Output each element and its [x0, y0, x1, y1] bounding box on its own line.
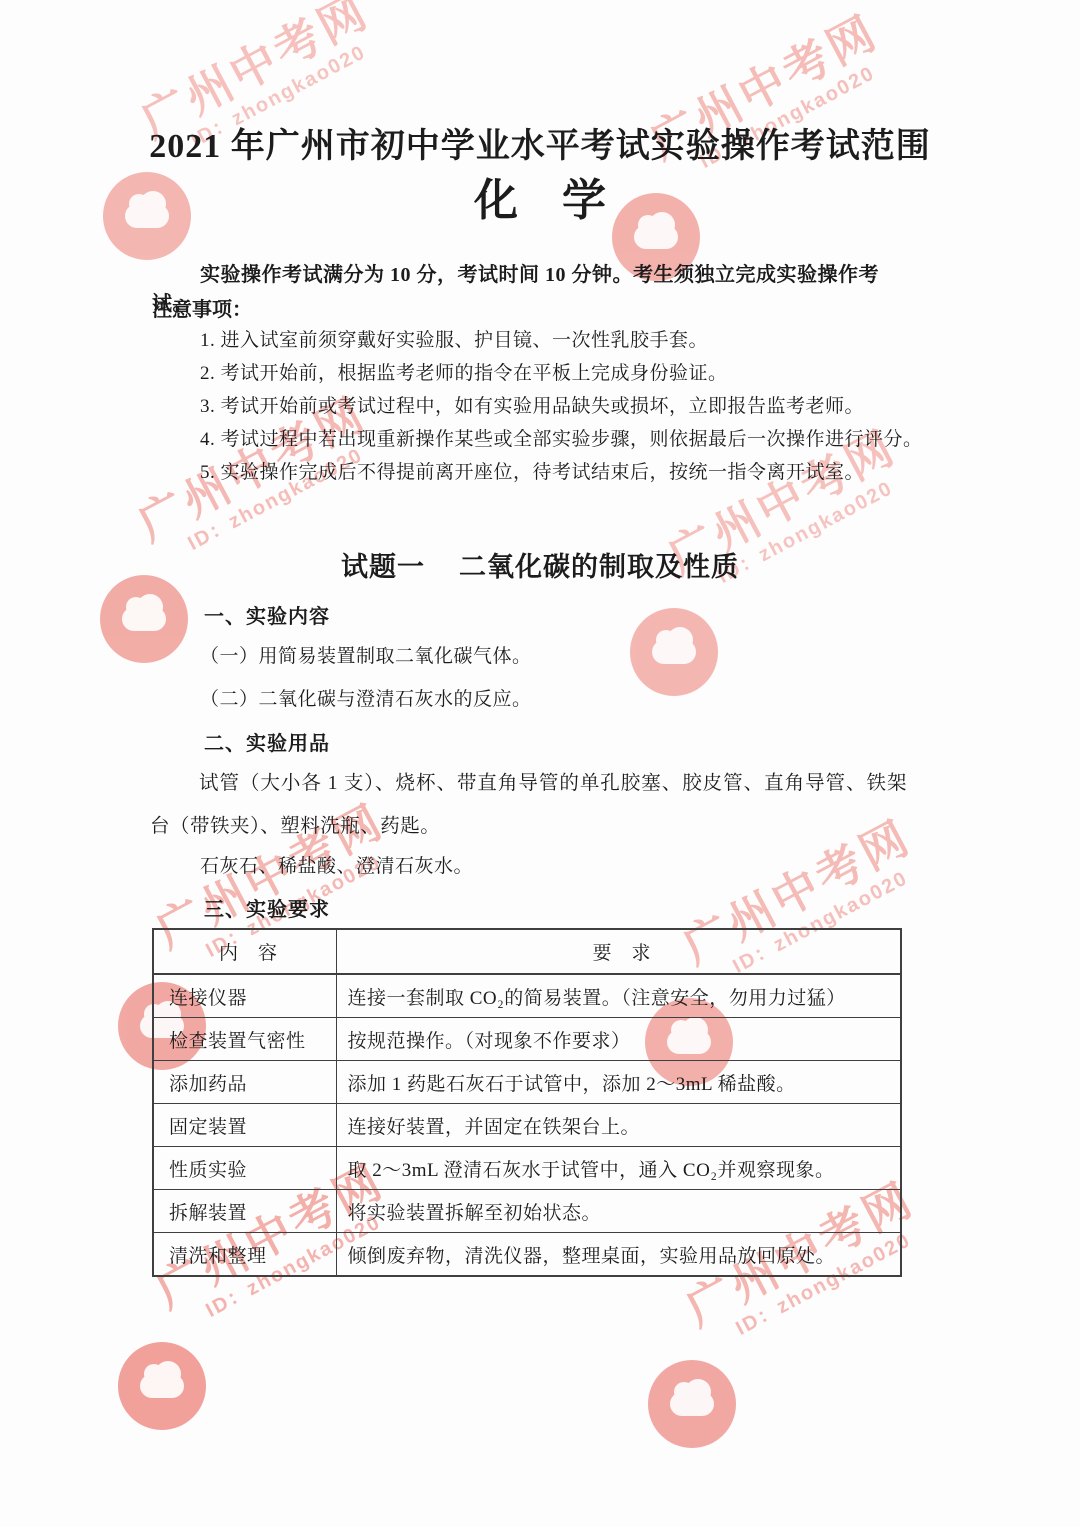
- row-requirement-cell: 连接好装置，并固定在铁架台上。: [336, 1104, 901, 1147]
- row-content-cell: 连接仪器: [153, 974, 336, 1018]
- question-title: 二氧化碳的制取及性质: [459, 552, 739, 582]
- table-row: 添加药品添加 1 药匙石灰石于试管中，添加 2～3mL 稀盐酸。: [153, 1061, 901, 1104]
- note-item: 5. 实验操作完成后不得提前离开座位，待考试结束后，按统一指令离开试室。: [200, 456, 940, 489]
- section-3-heading: 三、实验要求: [204, 893, 330, 922]
- table-row: 固定装置连接好装置，并固定在铁架台上。: [153, 1104, 901, 1147]
- table-header-row: 内 容 要 求: [153, 929, 901, 974]
- document-page: 广州中考网ID：zhongkao020广州中考网ID：zhongkao020广州…: [0, 0, 1080, 1527]
- row-content-cell: 拆解装置: [153, 1190, 336, 1233]
- reagents-paragraph: 石灰石、稀盐酸、澄清石灰水。: [200, 851, 473, 878]
- row-content-cell: 固定装置: [153, 1104, 336, 1147]
- table-row: 检查装置气密性按规范操作。（对现象不作要求）: [153, 1018, 901, 1061]
- page-subtitle: 化 学: [0, 164, 1080, 228]
- note-item: 4. 考试过程中若出现重新操作某些或全部实验步骤，则依据最后一次操作进行评分。: [200, 423, 940, 456]
- exam-summary: 实验操作考试满分为 10 分，考试时间 10 分钟。考生须独立完成实验操作考试。: [152, 258, 892, 316]
- table-header-requirement: 要 求: [336, 929, 901, 974]
- question-heading: 试题一二氧化碳的制取及性质: [0, 545, 1080, 584]
- table-row: 拆解装置将实验装置拆解至初始状态。: [153, 1190, 901, 1233]
- table-row: 连接仪器连接一套制取 CO₂的简易装置。（注意安全，勿用力过猛）: [153, 974, 901, 1018]
- equipment-paragraph: 试管（大小各 1 支）、烧杯、带直角导管的单孔胶塞、胶皮管、直角导管、铁架台（带…: [150, 762, 907, 848]
- table-header-content: 内 容: [153, 929, 336, 974]
- row-content-cell: 检查装置气密性: [153, 1018, 336, 1061]
- row-content-cell: 添加药品: [153, 1061, 336, 1104]
- notes-heading: 注意事项：: [152, 293, 252, 322]
- content-item-2: （二）二氧化碳与澄清石灰水的反应。: [200, 684, 532, 711]
- row-content-cell: 性质实验: [153, 1147, 336, 1190]
- section-2-heading: 二、实验用品: [204, 727, 330, 756]
- section-1-heading: 一、实验内容: [204, 600, 330, 629]
- question-label: 试题一: [341, 552, 425, 582]
- row-requirement-cell: 添加 1 药匙石灰石于试管中，添加 2～3mL 稀盐酸。: [336, 1061, 901, 1104]
- requirements-table: 内 容 要 求 连接仪器连接一套制取 CO₂的简易装置。（注意安全，勿用力过猛）…: [152, 928, 902, 1277]
- notes-list: 1. 进入试室前须穿戴好实验服、护目镜、一次性乳胶手套。2. 考试开始前，根据监…: [200, 324, 940, 489]
- row-content-cell: 清洗和整理: [153, 1233, 336, 1277]
- content-item-1: （一）用简易装置制取二氧化碳气体。: [200, 641, 532, 668]
- document-content: 2021 年广州市初中学业水平考试实验操作考试范围 化 学 实验操作考试满分为 …: [0, 0, 1080, 1527]
- row-requirement-cell: 连接一套制取 CO₂的简易装置。（注意安全，勿用力过猛）: [336, 974, 901, 1018]
- note-item: 3. 考试开始前或考试过程中，如有实验用品缺失或损坏，立即报告监考老师。: [200, 390, 940, 423]
- table-row: 清洗和整理倾倒废弃物，清洗仪器，整理桌面，实验用品放回原处。: [153, 1233, 901, 1277]
- note-item: 1. 进入试室前须穿戴好实验服、护目镜、一次性乳胶手套。: [200, 324, 940, 357]
- row-requirement-cell: 按规范操作。（对现象不作要求）: [336, 1018, 901, 1061]
- page-title: 2021 年广州市初中学业水平考试实验操作考试范围: [0, 118, 1080, 167]
- table-row: 性质实验取 2～3mL 澄清石灰水于试管中，通入 CO₂并观察现象。: [153, 1147, 901, 1190]
- row-requirement-cell: 倾倒废弃物，清洗仪器，整理桌面，实验用品放回原处。: [336, 1233, 901, 1277]
- row-requirement-cell: 将实验装置拆解至初始状态。: [336, 1190, 901, 1233]
- note-item: 2. 考试开始前，根据监考老师的指令在平板上完成身份验证。: [200, 357, 940, 390]
- row-requirement-cell: 取 2～3mL 澄清石灰水于试管中，通入 CO₂并观察现象。: [336, 1147, 901, 1190]
